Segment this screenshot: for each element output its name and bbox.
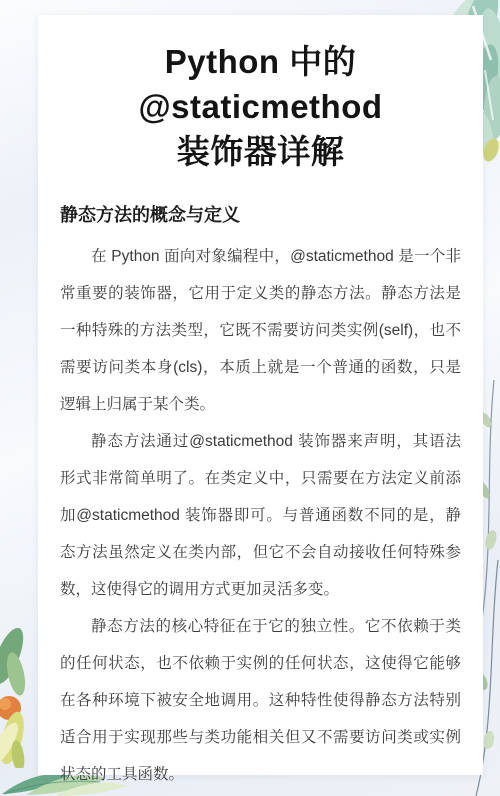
paragraph-3: 静态方法的核心特征在于它的独立性。它不依赖于类的任何状态，也不依赖于实例的任何状… bbox=[60, 608, 461, 793]
watercolor-flower-left-icon bbox=[0, 618, 42, 768]
section-heading: 静态方法的概念与定义 bbox=[60, 202, 461, 228]
page-title: Python 中的@staticmethod 装饰器详解 bbox=[60, 39, 461, 174]
title-line-2: 装饰器详解 bbox=[60, 129, 461, 174]
paragraph-1: 在 Python 面向对象编程中，@staticmethod 是一个非常重要的装… bbox=[60, 238, 461, 423]
page-background: Python 中的@staticmethod 装饰器详解 静态方法的概念与定义 … bbox=[0, 0, 500, 796]
article-card: Python 中的@staticmethod 装饰器详解 静态方法的概念与定义 … bbox=[38, 15, 483, 775]
paragraph-2: 静态方法通过@staticmethod 装饰器来声明，其语法形式非常简单明了。在… bbox=[60, 423, 461, 608]
title-line-1: Python 中的@staticmethod bbox=[60, 39, 461, 129]
